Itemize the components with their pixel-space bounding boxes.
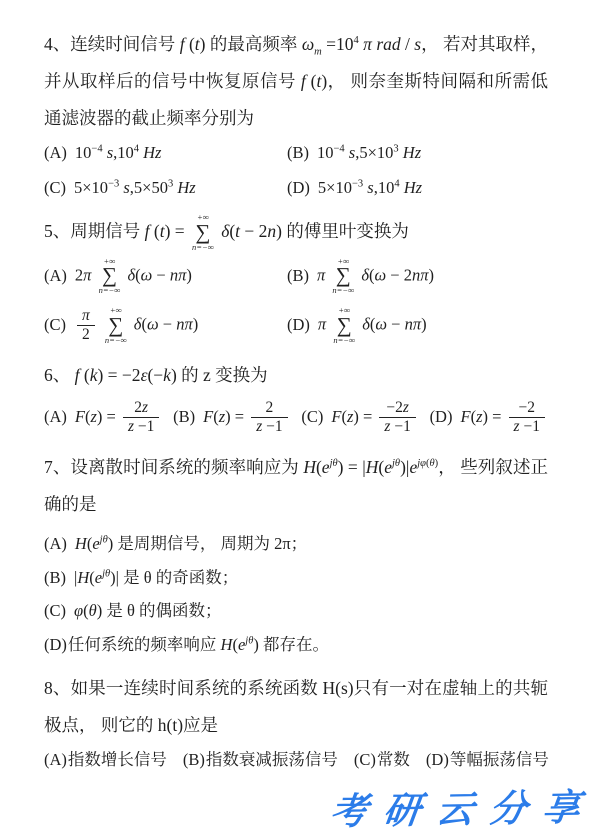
option-6c: (C) F(z) = −2zz −1 — [301, 399, 419, 437]
option-4d-label: (D) — [287, 176, 310, 201]
option-6a-label: (A) — [44, 405, 67, 430]
option-8d-label: (D) — [426, 748, 449, 773]
question-6-stem: 6、 f (k) = −2ε(−k) 的 z 变换为 — [44, 357, 548, 394]
option-5b-formula: π +∞∑n=−∞ δ(ω − 2nπ) — [317, 257, 434, 296]
option-5c-formula: π2 +∞∑n=−∞ δ(ω − nπ) — [74, 306, 198, 345]
option-5d: (D) π +∞∑n=−∞ δ(ω − nπ) — [287, 306, 548, 345]
option-4a-label: (A) — [44, 141, 67, 166]
option-8d: (D) 等幅振荡信号 — [426, 748, 549, 773]
option-4a: (A) 10−4 s,104 Hz — [44, 141, 287, 166]
option-7b-label: (B) — [44, 566, 66, 591]
option-6a-formula: F(z) = 2zz −1 — [75, 399, 163, 437]
option-6d: (D) F(z) = −2z −1 — [430, 399, 548, 437]
option-5a-label: (A) — [44, 264, 67, 289]
question-7: 7、设离散时间系统的频率响应为 H(ejθ) = |H(ejθ)|ejφ(θ)，… — [44, 449, 548, 658]
option-7b: (B) |H(ejθ)| 是 θ 的奇函数； — [44, 566, 548, 591]
option-8c-text: 常数 — [377, 748, 410, 773]
option-5c: (C) π2 +∞∑n=−∞ δ(ω − nπ) — [44, 306, 287, 345]
option-7a-label: (A) — [44, 532, 67, 557]
option-6d-label: (D) — [430, 405, 453, 430]
option-6d-formula: F(z) = −2z −1 — [460, 399, 548, 437]
option-5c-label: (C) — [44, 313, 66, 338]
option-7d-formula: 任何系统的频率响应 H(ejθ) 都存在。 — [68, 633, 329, 658]
option-6b: (B) F(z) = 2z −1 — [173, 399, 291, 437]
option-6c-label: (C) — [301, 405, 323, 430]
option-7b-formula: |H(ejθ)| 是 θ 的奇函数； — [74, 566, 238, 591]
option-6c-formula: F(z) = −2zz −1 — [331, 399, 419, 437]
option-8a-label: (A) — [44, 748, 67, 773]
question-6-options: (A) F(z) = 2zz −1 (B) F(z) = 2z −1 (C) F… — [44, 399, 548, 437]
option-8a: (A) 指数增长信号 — [44, 748, 167, 773]
option-5a-formula: 2π +∞∑n=−∞ δ(ω − nπ) — [75, 257, 192, 296]
question-7-stem: 7、设离散时间系统的频率响应为 H(ejθ) = |H(ejθ)|ejφ(θ)，… — [44, 449, 548, 523]
option-4b-formula: 10−4 s,5×103 Hz — [317, 141, 421, 166]
option-8d-text: 等幅振荡信号 — [450, 748, 549, 773]
option-8c-label: (C) — [354, 748, 376, 773]
option-4a-formula: 10−4 s,104 Hz — [75, 141, 162, 166]
option-4c: (C) 5×10−3 s,5×503 Hz — [44, 176, 287, 201]
option-5d-formula: π +∞∑n=−∞ δ(ω − nπ) — [318, 306, 427, 345]
option-7c: (C) φ(θ) 是 θ 的偶函数； — [44, 599, 548, 624]
option-4c-label: (C) — [44, 176, 66, 201]
option-4b: (B) 10−4 s,5×103 Hz — [287, 141, 548, 166]
option-7a: (A) H(ejθ) 是周期信号， 周期为 2π； — [44, 532, 548, 557]
option-5a: (A) 2π +∞∑n=−∞ δ(ω − nπ) — [44, 257, 287, 296]
question-4: 4、连续时间信号 f (t) 的最高频率 ωm =104 π rad / s， … — [44, 26, 548, 201]
option-7c-label: (C) — [44, 599, 66, 624]
watermark: 考研云分享 — [327, 777, 592, 833]
question-6: 6、 f (k) = −2ε(−k) 的 z 变换为 (A) F(z) = 2z… — [44, 357, 548, 436]
question-8-stem: 8、如果一连续时间系统的系统函数 H(s)只有一对在虚轴上的共轭极点， 则它的 … — [44, 670, 548, 744]
exam-page: 4、连续时间信号 f (t) 的最高频率 ωm =104 π rad / s， … — [0, 0, 592, 833]
option-4c-formula: 5×10−3 s,5×503 Hz — [74, 176, 196, 201]
option-8b-text: 指数衰减振荡信号 — [206, 748, 338, 773]
option-8a-text: 指数增长信号 — [68, 748, 167, 773]
option-8c: (C) 常数 — [354, 748, 410, 773]
option-7c-formula: φ(θ) 是 θ 的偶函数； — [74, 599, 222, 624]
option-8b: (B) 指数衰减振荡信号 — [183, 748, 338, 773]
question-7-options: (A) H(ejθ) 是周期信号， 周期为 2π； (B) |H(ejθ)| 是… — [44, 532, 548, 658]
question-4-options: (A) 10−4 s,104 Hz (B) 10−4 s,5×103 Hz (C… — [44, 141, 548, 201]
option-6b-label: (B) — [173, 405, 195, 430]
option-5d-label: (D) — [287, 313, 310, 338]
option-5b: (B) π +∞∑n=−∞ δ(ω − 2nπ) — [287, 257, 548, 296]
question-4-stem: 4、连续时间信号 f (t) 的最高频率 ωm =104 π rad / s， … — [44, 26, 548, 137]
question-5: 5、周期信号 f (t) = +∞∑n=−∞ δ(t − 2n) 的傅里叶变换为… — [44, 213, 548, 346]
question-8: 8、如果一连续时间系统的系统函数 H(s)只有一对在虚轴上的共轭极点， 则它的 … — [44, 670, 548, 773]
question-5-stem: 5、周期信号 f (t) = +∞∑n=−∞ δ(t − 2n) 的傅里叶变换为 — [44, 213, 548, 253]
option-7d: (D) 任何系统的频率响应 H(ejθ) 都存在。 — [44, 633, 548, 658]
option-6b-formula: F(z) = 2z −1 — [203, 399, 291, 437]
option-4d: (D) 5×10−3 s,104 Hz — [287, 176, 548, 201]
option-6a: (A) F(z) = 2zz −1 — [44, 399, 162, 437]
option-7a-formula: H(ejθ) 是周期信号， 周期为 2π； — [75, 532, 307, 557]
question-5-options: (A) 2π +∞∑n=−∞ δ(ω − nπ) (B) π +∞∑n=−∞ δ… — [44, 257, 548, 346]
option-7d-label: (D) — [44, 633, 67, 658]
option-4b-label: (B) — [287, 141, 309, 166]
option-4d-formula: 5×10−3 s,104 Hz — [318, 176, 422, 201]
option-5b-label: (B) — [287, 264, 309, 289]
question-8-options: (A) 指数增长信号 (B) 指数衰减振荡信号 (C) 常数 (D) 等幅振荡信… — [44, 748, 548, 773]
option-8b-label: (B) — [183, 748, 205, 773]
